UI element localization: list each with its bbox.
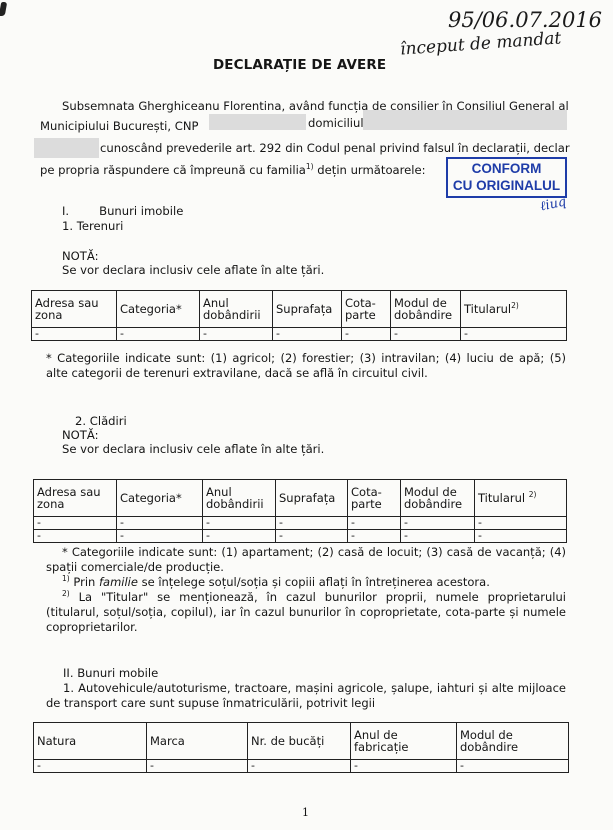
note2-label: NOTĂ: [62, 428, 99, 442]
land-categories-footnote: * Categoriile indicate sunt: (1) agricol… [46, 351, 566, 381]
subsection-vehicles: 1. Autovehicule/autoturisme, tractoare, … [46, 681, 566, 711]
table-header-cell: Adresa sau zona [32, 291, 117, 328]
table-cell: - [457, 760, 569, 773]
table-header-cell: Anul dobândirii [200, 291, 273, 328]
table-cell: - [117, 517, 203, 530]
table-cell: - [200, 328, 273, 341]
note-text: Se vor declara inclusiv cele aflate în a… [62, 263, 324, 277]
table-cell: - [276, 517, 348, 530]
redacted-cnp [209, 114, 306, 130]
fn1-text-b: se înțelege soțul/soția și copiii aflați… [138, 575, 490, 589]
scan-mark [0, 2, 7, 16]
intro-text-end: dețin următoarele: [314, 163, 426, 177]
table-cell: - [475, 517, 567, 530]
subsection-cladiri: 2. Clădiri [75, 414, 127, 428]
table-header-cell: Adresa sau zona [34, 480, 117, 517]
fn2-marker: 2) [62, 589, 70, 598]
section-title: Bunuri imobile [99, 204, 183, 218]
table-header-cell: Categoria* [117, 291, 200, 328]
conform-stamp: CONFORM CU ORIGINALUL [446, 157, 567, 198]
page-title: DECLARAȚIE DE AVERE [213, 57, 386, 73]
table-cell: - [348, 530, 401, 543]
section-1-heading: I.Bunuri imobile [62, 204, 183, 218]
buildings-table: Adresa sau zonaCategoria*Anul dobândirii… [33, 479, 567, 543]
table-cell: - [351, 760, 457, 773]
handwritten-note: început de mandat [399, 28, 561, 59]
footnote-1: 1) Prin familie se înțelege soțul/soția … [62, 575, 490, 590]
intro-text: pe propria răspundere că împreună cu fam… [40, 163, 306, 177]
fn2-text: La "Titular" se menționează, în cazul bu… [46, 590, 566, 634]
intro-line-2b: domiciliul [308, 116, 364, 130]
table-header-cell: Marca [147, 723, 248, 760]
table-cell: - [401, 530, 475, 543]
table-header-row: Adresa sau zonaCategoria*Anul dobândirii… [34, 480, 567, 517]
stamp-line-1: CONFORM [448, 160, 565, 177]
table-cell: - [34, 530, 117, 543]
table-header-cell: Modul de dobândire [391, 291, 461, 328]
table-row: ------- [34, 530, 567, 543]
table-header-cell: Suprafața [276, 480, 348, 517]
table-row: ----- [34, 760, 569, 773]
table-header-cell: Categoria* [117, 480, 203, 517]
note2-text: Se vor declara inclusiv cele aflate în a… [62, 442, 324, 456]
fn1-text-a: Prin [70, 575, 99, 589]
footnote-2: 2) La "Titular" se menționează, în cazul… [46, 590, 566, 635]
intro-line-3: cunoscând prevederile art. 292 din Codul… [100, 141, 570, 155]
table-cell: - [117, 328, 200, 341]
table-header-cell: Titularul 2) [475, 480, 567, 517]
table-row: ------- [32, 328, 567, 341]
table-cell: - [461, 328, 567, 341]
table-header-row: Adresa sau zonaCategoria*Anul dobândirii… [32, 291, 567, 328]
table-cell: - [34, 760, 147, 773]
land-table: Adresa sau zonaCategoria*Anul dobândirii… [31, 290, 567, 341]
fn1-marker: 1) [62, 574, 70, 583]
fn1-emphasis: familie [99, 575, 138, 589]
footnote-ref: 1) [306, 162, 314, 171]
intro-line-2a: Municipiului București, CNP [40, 119, 199, 133]
intro-line-4: pe propria răspundere că împreună cu fam… [40, 163, 426, 177]
page-number: 1 [302, 806, 309, 819]
table-header-cell: Anul de fabricație [351, 723, 457, 760]
table-header-cell: Nr. de bucăți [248, 723, 351, 760]
table-header-cell: Titularul2) [461, 291, 567, 328]
section-number: I. [62, 204, 69, 218]
section-2-heading: II. Bunuri mobile [63, 666, 158, 680]
table-cell: - [203, 517, 276, 530]
table-header-cell: Cota-parte [342, 291, 391, 328]
table-header-cell: Cota-parte [348, 480, 401, 517]
table-header-row: NaturaMarcaNr. de bucățiAnul de fabricaț… [34, 723, 569, 760]
table-cell: - [475, 530, 567, 543]
table-cell: - [147, 760, 248, 773]
stamp-line-2: CU ORIGINALUL [448, 177, 565, 194]
table-cell: - [391, 328, 461, 341]
table-cell: - [342, 328, 391, 341]
table-header-cell: Modul de dobândire [401, 480, 475, 517]
table-cell: - [276, 530, 348, 543]
handwritten-registration: 95/06.07.2016 [448, 8, 602, 32]
table-cell: - [34, 517, 117, 530]
redacted-address [363, 110, 567, 130]
table-cell: - [273, 328, 342, 341]
note-label: NOTĂ: [62, 249, 99, 263]
table-cell: - [348, 517, 401, 530]
table-cell: - [32, 328, 117, 341]
subsection-terenuri: 1. Terenuri [62, 219, 123, 233]
table-row: ------- [34, 517, 567, 530]
table-header-cell: Natura [34, 723, 147, 760]
redacted-address-continuation [34, 138, 99, 158]
table-header-cell: Modul de dobândire [457, 723, 569, 760]
table-header-cell: Suprafața [273, 291, 342, 328]
table-header-cell: Anul dobândirii [203, 480, 276, 517]
buildings-categories-footnote: * Categoriile indicate sunt: (1) apartam… [46, 545, 566, 575]
table-cell: - [203, 530, 276, 543]
table-cell: - [248, 760, 351, 773]
vehicles-table: NaturaMarcaNr. de bucățiAnul de fabricaț… [33, 722, 569, 773]
table-cell: - [401, 517, 475, 530]
table-cell: - [117, 530, 203, 543]
